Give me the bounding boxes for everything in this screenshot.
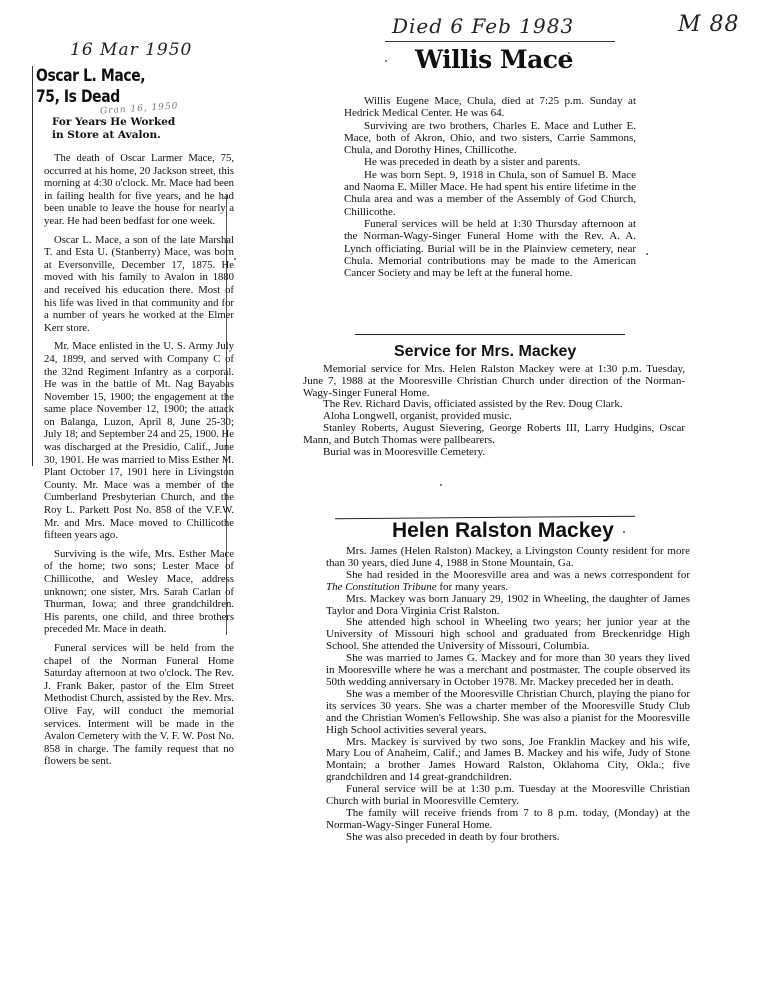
oscar-headline-line1: Oscar L. Mace, — [36, 66, 193, 87]
willis-paragraph: He was born Sept. 9, 1918 in Chula, son … — [344, 169, 636, 218]
helen-p2-text: She had resided in the Mooresville area … — [346, 569, 690, 581]
oscar-paragraph: Mr. Mace enlisted in the U. S. Army July… — [44, 340, 234, 542]
service-mackey-notice: Memorial service for Mrs. Helen Ralston … — [303, 364, 685, 458]
newspaper-name: The Constitution Tribune — [326, 581, 437, 593]
service-paragraph: Memorial service for Mrs. Helen Ralston … — [303, 364, 685, 399]
handwritten-date-oscar: 16 Mar 1950 — [70, 40, 192, 60]
helen-paragraph: Mrs. Mackey is survived by two sons, Joe… — [326, 737, 690, 785]
helen-paragraph: She was also preceded in death by four b… — [326, 832, 690, 844]
oscar-headline-line2: 75, Is Dead — [36, 87, 193, 108]
oscar-subhead-line1: For Years He Worked — [52, 116, 228, 129]
helen-paragraph: She was married to James G. Mackey and f… — [326, 653, 690, 689]
helen-p2-text-end: for many years. — [437, 581, 508, 593]
service-paragraph: Burial was in Mooresville Cemetery. — [303, 447, 685, 459]
helen-paragraph: She was a member of the Mooresville Chri… — [326, 689, 690, 737]
service-mackey-title: Service for Mrs. Mackey — [394, 343, 576, 361]
helen-paragraph: The family will receive friends from 7 t… — [326, 808, 690, 832]
willis-paragraph: Surviving are two brothers, Charles E. M… — [344, 120, 636, 157]
handwritten-underline — [385, 41, 615, 42]
oscar-paragraph: Surviving is the wife, Mrs. Esther Mace … — [44, 548, 234, 636]
oscar-paragraph: The death of Oscar Larmer Mace, 75, occu… — [44, 152, 234, 228]
helen-mackey-obituary: Mrs. James (Helen Ralston) Mackey, a Liv… — [326, 546, 690, 844]
oscar-paragraph: Funeral services will be held from the c… — [44, 642, 234, 768]
helen-paragraph: Funeral service will be at 1:30 p.m. Tue… — [326, 784, 690, 808]
separator-rule — [355, 334, 625, 335]
willis-mace-title: Willis Mace — [415, 45, 573, 74]
scan-speck — [385, 60, 387, 62]
helen-paragraph: Mrs. Mackey was born January 29, 1902 in… — [326, 594, 690, 618]
handwritten-reference-code: M 88 — [678, 12, 740, 37]
handwritten-date-willis: Died 6 Feb 1983 — [392, 14, 574, 38]
scan-speck — [646, 253, 648, 255]
scan-speck — [234, 258, 236, 260]
service-paragraph: Stanley Roberts, August Sievering, Georg… — [303, 423, 685, 447]
oscar-paragraph: Oscar L. Mace, a son of the late Marshal… — [44, 234, 234, 335]
oscar-mace-obituary: Oscar L. Mace, 75, Is Dead For Years He … — [32, 66, 228, 774]
willis-paragraph: Willis Eugene Mace, Chula, died at 7:25 … — [344, 95, 636, 120]
oscar-subhead-line2: in Store at Avalon. — [52, 129, 228, 142]
willis-mace-obituary: Willis Eugene Mace, Chula, died at 7:25 … — [344, 95, 636, 279]
scan-speck — [440, 484, 442, 486]
helen-paragraph: She attended high school in Wheeling two… — [326, 617, 690, 653]
helen-mackey-title: Helen Ralston Mackey — [392, 519, 614, 543]
scan-speck — [568, 52, 570, 54]
willis-paragraph: He was preceded in death by a sister and… — [344, 156, 636, 168]
helen-paragraph: Mrs. James (Helen Ralston) Mackey, a Liv… — [326, 546, 690, 570]
willis-paragraph: Funeral services will be held at 1:30 Th… — [344, 218, 636, 279]
oscar-subheadline: For Years He Worked in Store at Avalon. — [52, 116, 228, 142]
scan-speck — [623, 531, 625, 533]
helen-paragraph: She had resided in the Mooresville area … — [326, 570, 690, 594]
